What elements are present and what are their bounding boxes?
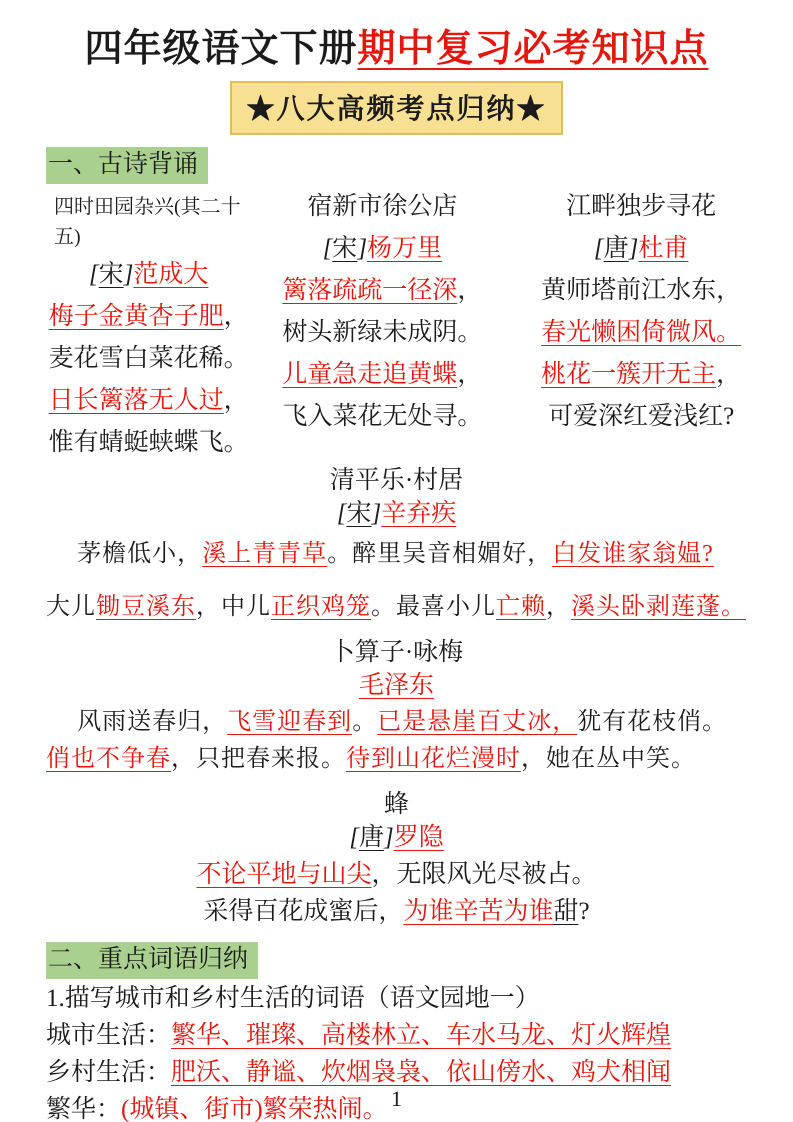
subtitle-row: ★八大高频考点归纳★ [0, 81, 793, 135]
text-segment: 城市生活： [46, 1022, 171, 1049]
text-segment: 儿童急走追黄蝶 [282, 361, 457, 388]
text-segment: 唐 [359, 824, 384, 851]
text-segment: 辛弃疾 [381, 500, 456, 527]
text-segment: ] [629, 235, 639, 262]
poem-line: 黄师塔前江水东， [515, 270, 767, 312]
text-segment: ， [457, 361, 482, 388]
poem-line: 俏也不争春，只把春来报。待到山花烂漫时，她在丛中笑。 [0, 743, 793, 776]
text-segment: ，她在丛中笑。 [521, 746, 696, 772]
poem-line: 树头新绿未成阴。 [249, 312, 515, 354]
text-segment: 梅子金黄杏子肥 [49, 303, 224, 330]
poem-column-2: 宿新市徐公店 [宋]杨万里 篱落疏疏一径深， 树头新绿未成阴。 儿童急走追黄蝶，… [249, 186, 515, 464]
text-segment: ] [372, 500, 382, 527]
poem-line: 梅子金黄杏子肥， [48, 296, 249, 338]
text-segment: ，无限风光尽被占。 [372, 861, 597, 888]
document-page: 四年级语文下册期中复习必考知识点 ★八大高频考点归纳★ 一、古诗背诵 四时田园杂… [0, 0, 793, 1122]
text-segment: 飞入菜花无处寻。 [282, 403, 482, 430]
text-segment: 毛泽东 [359, 672, 434, 699]
text-segment: 桃花一簇开无主 [541, 361, 716, 388]
poem-author: [宋]杨万里 [249, 228, 515, 270]
text-segment: 篱落疏疏一径深 [282, 277, 457, 304]
title-part-red: 期中复习必考知识点 [358, 28, 709, 70]
text-segment: ， [546, 594, 571, 620]
text-segment: 宋 [332, 235, 357, 262]
page-number: 1 [0, 1086, 793, 1112]
text-segment: 惟有蜻蜓蛱蝶飞。 [49, 429, 249, 456]
text-segment: 待到山花烂漫时 [346, 746, 521, 772]
subtitle-badge: ★八大高频考点归纳★ [230, 81, 562, 135]
poem-author: [唐]罗隐 [0, 821, 793, 854]
text-segment: 范成大 [133, 261, 208, 288]
poem-feng: 蜂 [唐]罗隐 不论平地与山尖，无限风光尽被占。 采得百花成蜜后，为谁辛苦为谁甜… [0, 788, 793, 928]
text-segment: 麦花雪白菜花稀。 [49, 345, 249, 372]
text-segment: [ [349, 824, 359, 851]
text-segment: 杨万里 [367, 235, 442, 262]
text-segment: [ [594, 235, 604, 262]
text-segment: 繁华、璀璨、高楼林立、车水马龙、灯火辉煌 [171, 1022, 671, 1049]
poem-line: 可爱深红爱浅红? [515, 396, 767, 438]
text-segment: 溪上青青草 [202, 541, 327, 567]
poem-line: 飞入菜花无处寻。 [249, 396, 515, 438]
section2-header: 二、重点词语归纳 [46, 942, 258, 979]
title-part-black: 四年级语文下册 [84, 28, 357, 70]
text-segment: 采得百花成蜜后， [203, 898, 403, 925]
text-segment: [ [323, 235, 333, 262]
poem-line: 惟有蜻蜓蛱蝶飞。 [48, 422, 249, 464]
text-segment: 。醉里吴音相媚好， [327, 541, 552, 567]
text-segment: 宋 [99, 261, 124, 288]
poem-author: [唐]杜甫 [515, 228, 767, 270]
text-segment: 正织鸡笼 [271, 594, 371, 620]
poem-author: [宋]辛弃疾 [0, 497, 793, 530]
text-segment: ] [357, 235, 367, 262]
text-segment: 溪头卧剥莲蓬 [571, 594, 721, 620]
text-segment: 甜 [553, 898, 578, 925]
poem-line: 春光懒困倚微风。 [515, 312, 767, 354]
text-segment: 锄豆溪东 [96, 594, 196, 620]
text-segment: 俏也不争春 [46, 746, 171, 772]
word-list-city: 城市生活：繁华、璀璨、高楼林立、车水马龙、灯火辉煌 [0, 1018, 793, 1053]
text-segment: ] [384, 824, 394, 851]
text-segment: 春光懒困倚微风 [541, 319, 716, 346]
text-segment: 树头新绿未成阴。 [282, 319, 482, 346]
text-segment: 日长篱落无人过 [49, 387, 224, 414]
poem-title: 清平乐·村居 [0, 464, 793, 497]
section2-intro: 1.描写城市和乡村生活的词语（语文园地一） [0, 981, 793, 1016]
text-segment: ， [224, 387, 249, 414]
page-title: 四年级语文下册期中复习必考知识点 [10, 26, 783, 72]
text-segment: ] [124, 261, 134, 288]
text-segment: ， [224, 303, 249, 330]
text-segment: 宋 [346, 500, 371, 527]
poem-line: 大儿锄豆溪东，中儿正织鸡笼。最喜小儿亡赖，溪头卧剥莲蓬。 [0, 591, 793, 624]
poem-line: 麦花雪白菜花稀。 [48, 338, 249, 380]
text-segment: 犹有花枝俏。 [577, 709, 727, 735]
poem-line: 风雨送春归，飞雪迎春到。已是悬崖百丈冰，犹有花枝俏。 [0, 706, 793, 739]
text-segment: 罗隐 [394, 824, 444, 851]
text-segment: 已是悬崖百丈冰 [377, 709, 552, 735]
text-segment: 。 [716, 319, 741, 346]
text-segment: ， [552, 709, 577, 735]
poem-author: 毛泽东 [0, 669, 793, 702]
text-segment: 。最喜小儿 [371, 594, 496, 620]
text-segment: 唐 [604, 235, 629, 262]
poem-line: 儿童急走追黄蝶， [249, 354, 515, 396]
text-segment: 杜甫 [638, 235, 688, 262]
text-segment: [ [89, 261, 99, 288]
poem-title: 蜂 [0, 788, 793, 821]
poem-cunju: 清平乐·村居 [宋]辛弃疾 茅檐低小，溪上青青草。醉里吴音相媚好，白发谁家翁媪?… [0, 464, 793, 624]
poem-line: 桃花一簇开无主， [515, 354, 767, 396]
text-segment: ， [457, 277, 482, 304]
poem-line: 日长篱落无人过， [48, 380, 249, 422]
poem-title: 江畔独步寻花 [515, 186, 767, 228]
poem-columns: 四时田园杂兴(其二十五) [宋]范成大 梅子金黄杏子肥， 麦花雪白菜花稀。 日长… [0, 184, 793, 464]
text-segment: 大儿 [46, 594, 96, 620]
text-segment: 乡村生活： [46, 1059, 171, 1086]
text-segment: 可爱深红爱浅红? [548, 403, 734, 430]
section1-header: 一、古诗背诵 [46, 147, 208, 184]
poem-yongmei: 卜算子·咏梅 毛泽东 风雨送春归，飞雪迎春到。已是悬崖百丈冰，犹有花枝俏。 俏也… [0, 636, 793, 776]
poem-title: 卜算子·咏梅 [0, 636, 793, 669]
text-segment: 茅檐低小， [77, 541, 202, 567]
poem-line: 茅檐低小，溪上青青草。醉里吴音相媚好，白发谁家翁媪? [0, 538, 793, 571]
text-segment: 。 [352, 709, 377, 735]
poem-title: 四时田园杂兴(其二十五) [48, 186, 249, 254]
poem-column-1: 四时田园杂兴(其二十五) [宋]范成大 梅子金黄杏子肥， 麦花雪白菜花稀。 日长… [48, 186, 249, 464]
poem-title: 宿新市徐公店 [249, 186, 515, 228]
text-segment: 。 [721, 594, 746, 620]
poem-author: [宋]范成大 [48, 254, 249, 296]
text-segment: 黄师塔前江水东， [541, 277, 741, 304]
text-segment: 风雨送春归， [77, 709, 227, 735]
text-segment: 为谁辛苦为谁 [403, 898, 553, 925]
text-segment: ， [716, 361, 741, 388]
text-segment: 肥沃、静谧、炊烟袅袅、依山傍水、鸡犬相闻 [171, 1059, 671, 1086]
word-list-village: 乡村生活：肥沃、静谧、炊烟袅袅、依山傍水、鸡犬相闻 [0, 1055, 793, 1090]
text-segment: 飞雪迎春到 [227, 709, 352, 735]
text-segment: 白发谁家翁媪? [552, 541, 714, 567]
poem-column-3: 江畔独步寻花 [唐]杜甫 黄师塔前江水东， 春光懒困倚微风。 桃花一簇开无主， … [515, 186, 767, 464]
poem-line: 不论平地与山尖，无限风光尽被占。 [0, 858, 793, 891]
section1: 一、古诗背诵 四时田园杂兴(其二十五) [宋]范成大 梅子金黄杏子肥， 麦花雪白… [0, 135, 793, 928]
text-segment: 亡赖 [496, 594, 546, 620]
text-segment: 不论平地与山尖 [196, 861, 371, 888]
text-segment: ? [578, 898, 589, 925]
text-segment: ，只把春来报。 [171, 746, 346, 772]
poem-line: 篱落疏疏一径深， [249, 270, 515, 312]
text-segment: ，中儿 [196, 594, 271, 620]
poem-line: 采得百花成蜜后，为谁辛苦为谁甜? [0, 895, 793, 928]
